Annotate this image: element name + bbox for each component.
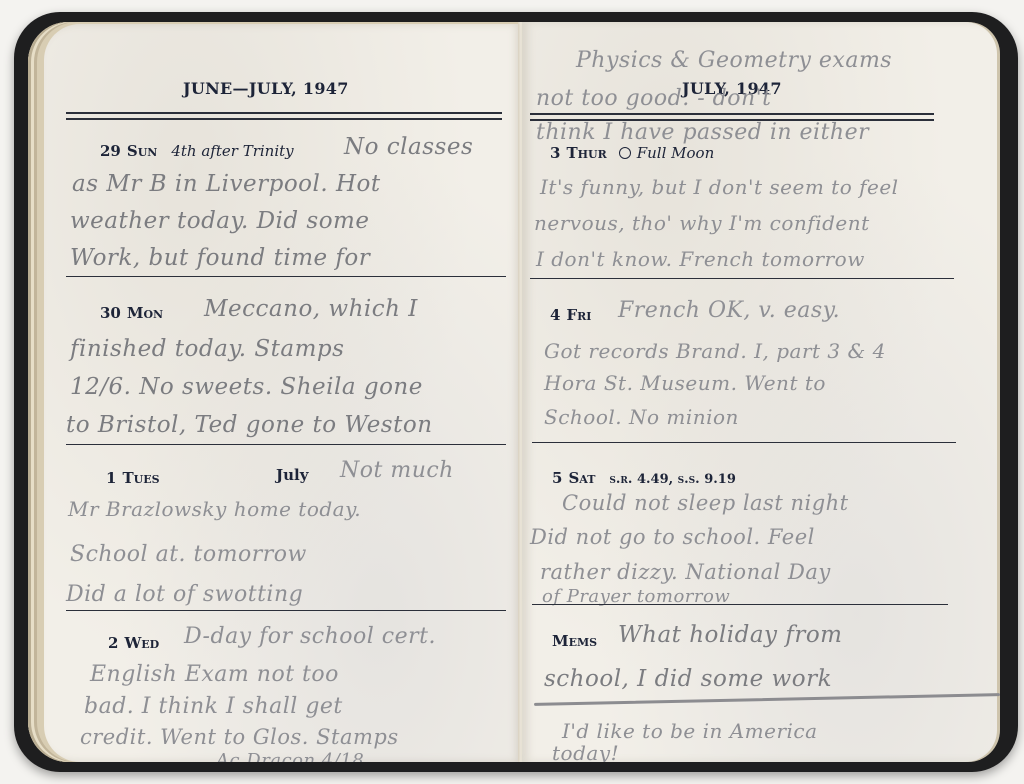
strike-through-line — [534, 693, 1000, 706]
handwriting-line: English Exam not too — [90, 660, 339, 690]
day-name: Thur — [566, 144, 606, 162]
handwriting-line: Could not sleep last night — [562, 488, 849, 518]
handwriting-line: School at. tomorrow — [70, 540, 307, 570]
left-page-header: JUNE—JULY, 1947 — [183, 79, 349, 98]
day-divider — [532, 604, 948, 605]
day-number: 4 — [550, 306, 560, 324]
day-divider — [532, 442, 956, 443]
handwriting-line: weather today. Did some — [70, 206, 369, 236]
left-page: JUNE—JULY, 1947 29Sun4th after Trinity N… — [44, 24, 522, 762]
handwriting-line: school, I did some work — [544, 664, 832, 694]
handwriting-line: What holiday from — [618, 620, 843, 650]
day-entry-1-tues: 1Tues — [106, 469, 160, 487]
header-rule-top — [530, 113, 934, 115]
day-divider — [530, 278, 954, 279]
full-moon-icon — [619, 147, 631, 159]
right-page: Physics & Geometry exams JULY, 1947 not … — [522, 22, 1000, 762]
handwriting-line: 12/6. No sweets. Sheila gone — [70, 372, 423, 402]
day-entry-5-sat: 5Sats.r. 4.49, s.s. 9.19 — [552, 469, 736, 487]
handwriting-line: It's funny, but I don't seem to feel — [540, 172, 899, 202]
diary-photo: JUNE—JULY, 1947 29Sun4th after Trinity N… — [0, 0, 1024, 784]
handwriting-line: School. No minion — [544, 402, 739, 432]
handwriting-line: nervous, tho' why I'm confident — [534, 208, 870, 238]
handwriting-line: No classes — [344, 132, 473, 162]
day-entry-30-mon: 30Mon — [100, 304, 163, 322]
day-name: Sun — [127, 142, 157, 160]
day-entry-29-sun: 29Sun4th after Trinity — [100, 142, 294, 160]
sunrise-sunset-note: s.r. 4.49, s.s. 9.19 — [609, 472, 736, 487]
handwriting-line: Meccano, which I — [204, 294, 418, 324]
handwriting-line: Mr Brazlowsky home today. — [68, 494, 361, 524]
handwriting-line: Got records Brand. I, part 3 & 4 — [544, 336, 886, 366]
day-divider — [66, 444, 506, 445]
day-divider — [66, 610, 506, 611]
mems-section: Mems — [552, 632, 597, 650]
handwriting-line: not too good. - don't — [536, 84, 772, 114]
handwriting-line: to Bristol, Ted gone to Weston — [66, 410, 433, 440]
day-number: 30 — [100, 304, 121, 322]
header-rule-top — [66, 112, 502, 114]
day-name: Sat — [568, 469, 595, 487]
handwriting-line: Physics & Geometry exams — [576, 46, 892, 76]
handwriting-line: Not much — [340, 456, 454, 486]
day-number: 2 — [108, 634, 118, 652]
handwriting-line: French OK, v. easy. — [618, 296, 840, 326]
day-name: Wed — [124, 634, 159, 652]
day-note: 4th after Trinity — [171, 142, 293, 160]
handwriting-line: of Prayer tomorrow — [542, 582, 730, 612]
handwriting-line: D-day for school cert. — [184, 622, 436, 652]
day-number: 1 — [106, 469, 116, 487]
handwriting-line: Did a lot of swotting — [66, 580, 303, 610]
day-name: Fri — [566, 306, 591, 324]
day-number: 3 — [550, 144, 560, 162]
handwriting-line: bad. I think I shall get — [84, 692, 343, 722]
handwriting-line: today! — [552, 738, 619, 762]
handwriting-line: Hora St. Museum. Went to — [544, 368, 826, 398]
handwriting-line: finished today. Stamps — [70, 334, 344, 364]
handwriting-line: as Mr B in Liverpool. Hot — [72, 169, 381, 199]
handwriting-line: Ac Dracon 4/18 — [216, 746, 364, 762]
header-rule-bottom — [66, 118, 502, 120]
day-number: 29 — [100, 142, 121, 160]
day-entry-4-fri: 4Fri — [550, 306, 591, 324]
month-start-label: July — [276, 466, 308, 484]
day-entry-3-thur: 3ThurFull Moon — [550, 144, 714, 162]
handwriting-line: Did not go to school. Feel — [530, 522, 815, 552]
day-name: Tues — [122, 469, 159, 487]
day-entry-2-wed: 2Wed — [108, 634, 159, 652]
mems-label: Mems — [552, 632, 597, 650]
day-number: 5 — [552, 469, 562, 487]
day-name: Mon — [127, 304, 163, 322]
day-divider — [66, 276, 506, 277]
day-note: Full Moon — [637, 144, 715, 162]
handwriting-line: Work, but found time for — [70, 243, 370, 273]
handwriting-line: I don't know. French tomorrow — [536, 244, 865, 274]
